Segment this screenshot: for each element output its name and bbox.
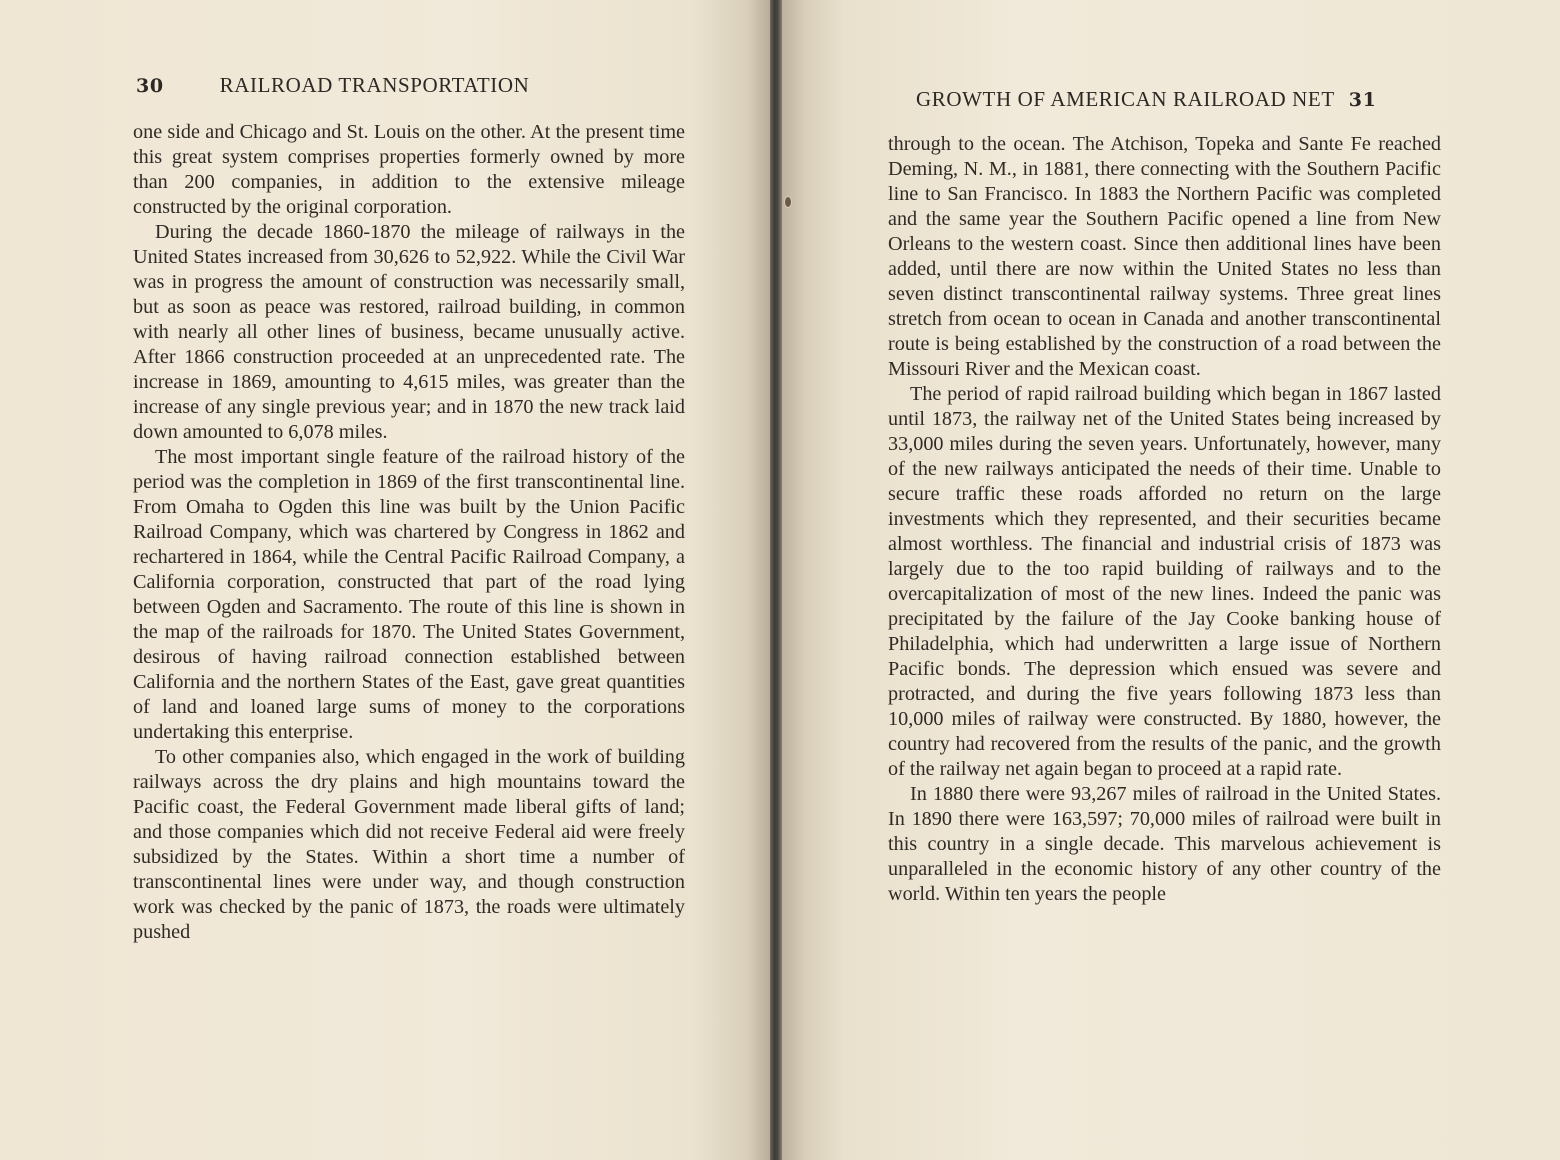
paragraph: The period of rapid railroad building wh… <box>888 382 1441 782</box>
page-number: 31 <box>1349 89 1377 111</box>
paragraph: The most important single feature of the… <box>133 445 685 745</box>
paragraph: To other companies also, which engaged i… <box>133 745 685 945</box>
paragraph: one side and Chicago and St. Louis on th… <box>133 120 685 220</box>
paragraph: In 1880 there were 93,267 miles of railr… <box>888 782 1441 907</box>
paragraph: through to the ocean. The Atchison, Tope… <box>888 132 1441 382</box>
right-running-head: GROWTH OF AMERICAN RAILROAD NET31 <box>916 87 1376 112</box>
left-page: 30RAILROAD TRANSPORTATION one side and C… <box>0 0 770 1160</box>
left-running-head: 30RAILROAD TRANSPORTATION <box>136 73 529 98</box>
right-body-text: through to the ocean. The Atchison, Tope… <box>888 132 1441 907</box>
running-head-title: RAILROAD TRANSPORTATION <box>220 73 530 97</box>
binding-thread-mark <box>784 196 792 208</box>
page-number: 30 <box>136 75 164 97</box>
left-body-text: one side and Chicago and St. Louis on th… <box>133 120 685 945</box>
paragraph: During the decade 1860-1870 the mileage … <box>133 220 685 445</box>
book-gutter <box>770 0 782 1160</box>
book-spread: 30RAILROAD TRANSPORTATION one side and C… <box>0 0 1560 1160</box>
right-page: GROWTH OF AMERICAN RAILROAD NET31 throug… <box>782 0 1560 1160</box>
running-head-title: GROWTH OF AMERICAN RAILROAD NET <box>916 87 1335 111</box>
